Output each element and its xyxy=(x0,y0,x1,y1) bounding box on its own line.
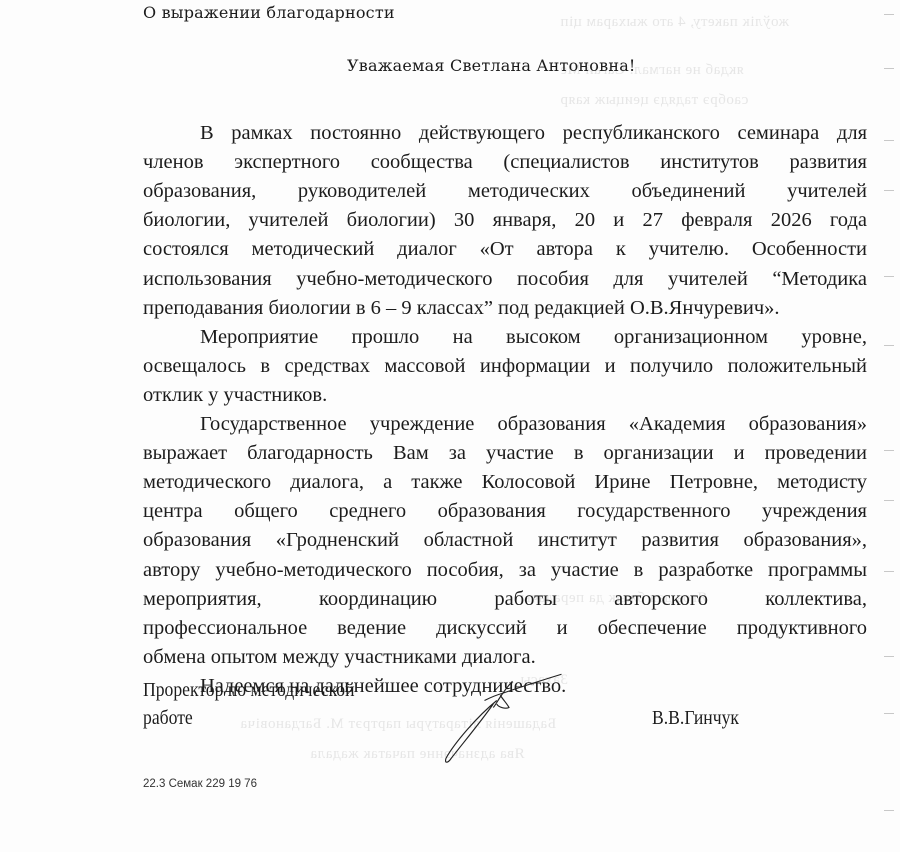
edge-tick xyxy=(884,810,894,811)
body-text-line-content: образования «Гродненский областной инсти… xyxy=(143,529,867,551)
show-through-text: жоўлік пакету, 4 ато жыхарам ціп xyxy=(560,14,789,31)
body-text-line-content: преподавания биологии в 6 – 9 классах” п… xyxy=(143,297,780,319)
body-text-line-content: В рамках постоянно действующего республи… xyxy=(200,122,867,144)
body-text-line: преподавания биологии в 6 – 9 классах” п… xyxy=(143,296,867,325)
body-text-line-content: профессиональное ведение дискуссий и обе… xyxy=(143,617,867,639)
body-text-line-content: состоялся методический диалог «От автора… xyxy=(143,238,867,260)
edge-tick xyxy=(884,500,894,501)
edge-tick xyxy=(884,190,894,191)
edge-tick xyxy=(884,713,894,714)
body-text-line: методического диалога, а также Колосовой… xyxy=(143,470,867,499)
edge-tick xyxy=(884,140,894,141)
body-text-line-content: Мероприятие прошло на высоком организаци… xyxy=(200,326,867,348)
body-text-line: образования «Гродненский областной инсти… xyxy=(143,528,867,557)
edge-tick xyxy=(884,656,894,657)
body-text-line: В рамках постоянно действующего республи… xyxy=(200,121,867,150)
body-text-line-content: членов экспертного сообщества (специалис… xyxy=(143,151,867,173)
body-text-line: Мероприятие прошло на высоком организаци… xyxy=(200,325,867,354)
letter-subject: О выражении благодарности xyxy=(143,3,395,22)
signer-position-line-2: работе xyxy=(143,706,201,730)
edge-tick xyxy=(884,345,894,346)
body-text-line-content: биологии, учителей биологии) 30 января, … xyxy=(143,209,867,231)
edge-tick xyxy=(884,276,894,277)
scanned-letter-page: жоўлік пакету, 4 ато жыхарам ціп якдаб н… xyxy=(0,0,900,852)
signer-position-line-1: Проректор по методической xyxy=(143,678,389,702)
body-text-line-content: автору учебно-методического пособия, за … xyxy=(143,559,867,581)
body-text-line-content: Государственное учреждение образования «… xyxy=(200,413,867,435)
handwritten-signature xyxy=(430,655,630,795)
body-text-line: освещалось в средствах массовой информац… xyxy=(143,354,867,383)
body-text-line: состоялся методический диалог «От автора… xyxy=(143,237,867,266)
signer-name: В.В.Гинчук xyxy=(652,706,753,730)
body-text-line-content: мероприятия, координацию работы авторско… xyxy=(143,588,867,610)
body-text-line-content: образования, руководителей методических … xyxy=(143,180,867,202)
body-text-line-content: отклик у участников. xyxy=(143,384,327,406)
scan-edge-marks xyxy=(880,0,900,852)
body-text-line: биологии, учителей биологии) 30 января, … xyxy=(143,208,867,237)
edge-tick xyxy=(884,571,894,572)
executor-contact-note: 22.3 Семак 229 19 76 xyxy=(143,778,257,790)
body-text-line-content: освещалось в средствах массовой информац… xyxy=(143,355,867,377)
letter-salutation: Уважаемая Светлана Антоновна! xyxy=(347,56,636,75)
body-text-line-content: методического диалога, а также Колосовой… xyxy=(143,471,867,493)
edge-tick xyxy=(884,14,894,15)
body-text-line: выражает благодарность Вам за участие в … xyxy=(143,441,867,470)
body-text-line: центра общего среднего образования госуд… xyxy=(143,499,867,528)
body-text-line: профессиональное ведение дискуссий и обе… xyxy=(143,616,867,645)
body-text-line: автору учебно-методического пособия, за … xyxy=(143,558,867,587)
body-text-line-content: использования учебно-методического пособ… xyxy=(143,268,867,290)
body-text-line-content: выражает благодарность Вам за участие в … xyxy=(143,442,867,464)
body-text-line: отклик у участников. xyxy=(143,383,867,412)
body-text-line: членов экспертного сообщества (специалис… xyxy=(143,150,867,179)
body-text-line: образования, руководителей методических … xyxy=(143,179,867,208)
edge-tick xyxy=(884,68,894,69)
edge-tick xyxy=(884,450,894,451)
body-text-line-content: центра общего среднего образования госуд… xyxy=(143,500,867,522)
body-text-line: Государственное учреждение образования «… xyxy=(200,412,867,441)
show-through-text: саобрэ тадядэ цеицыж каяр xyxy=(560,92,748,109)
body-text-line: использования учебно-методического пособ… xyxy=(143,267,867,296)
body-text-line: мероприятия, координацию работы авторско… xyxy=(143,587,867,616)
